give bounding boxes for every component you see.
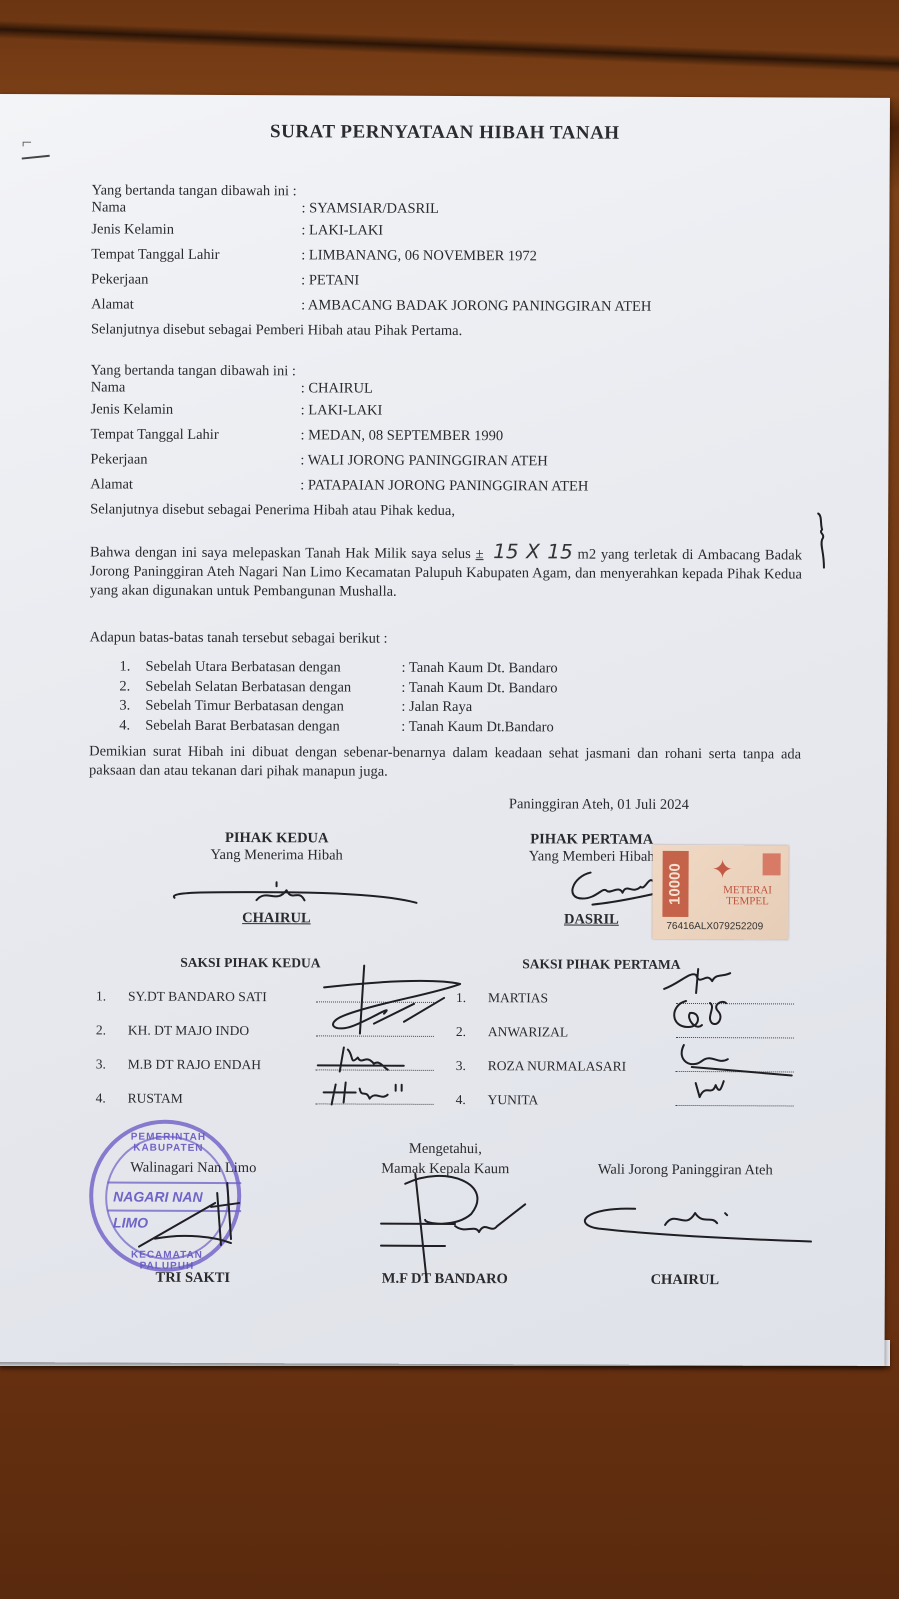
field-row: Tempat Tanggal Lahir: LIMBANANG, 06 NOVE… bbox=[91, 242, 651, 269]
boundary-side: Sebelah Barat Berbatasan dengan bbox=[145, 716, 401, 737]
boundary-item: 1.Sebelah Utara Berbatasan dengan: Tanah… bbox=[119, 658, 557, 679]
document-title: SURAT PERNYATAAN HIBAH TANAH bbox=[0, 120, 890, 146]
field-value: : LAKI-LAKI bbox=[301, 398, 383, 423]
official-title: Wali Jorong Paninggiran Ateh bbox=[570, 1161, 800, 1179]
field-value: : WALI JORONG PANINGGIRAN ATEH bbox=[300, 448, 547, 474]
mengetahui-label: Mengetahui, bbox=[355, 1141, 535, 1159]
unit-text: m2 bbox=[573, 547, 596, 563]
mf-dt-bandaro-signature bbox=[375, 1164, 536, 1295]
field-value: : MEDAN, 08 SEPTEMBER 1990 bbox=[300, 423, 503, 449]
boundary-value: : Jalan Raya bbox=[401, 698, 472, 718]
signatory-name: CHAIRUL bbox=[176, 910, 376, 928]
margin-initial-signature bbox=[814, 512, 834, 572]
signatory-desc: Yang Memberi Hibah bbox=[512, 848, 672, 866]
item-number: 3. bbox=[119, 697, 145, 717]
item-number: 1. bbox=[96, 988, 128, 1004]
witness-name: ROZA NURMALASARI bbox=[488, 1058, 676, 1075]
meterai-value: 10000 bbox=[662, 851, 688, 917]
place-date: Paninggiran Ateh, 01 Juli 2024 bbox=[509, 796, 689, 814]
field-value: : LIMBANANG, 06 NOVEMBER 1972 bbox=[301, 243, 537, 269]
field-row: Pekerjaan: PETANI bbox=[91, 267, 651, 294]
witness-name: YUNITA bbox=[488, 1092, 676, 1109]
table-wood-seam bbox=[0, 20, 899, 74]
item-number: 4. bbox=[119, 716, 145, 736]
boundary-side: Sebelah Utara Berbatasan dengan bbox=[145, 658, 401, 679]
field-label: Pekerjaan bbox=[91, 267, 301, 293]
witness-pertama-2-signature bbox=[666, 997, 736, 1037]
item-number: 2. bbox=[96, 1022, 128, 1038]
meterai-serial: 76416ALX079252209 bbox=[666, 921, 763, 932]
field-label: Alamat bbox=[91, 292, 301, 318]
chairul-signature bbox=[166, 880, 426, 911]
field-value: : AMBACANG BADAK JORONG PANINGGIRAN ATEH bbox=[301, 293, 651, 320]
tri-sakti-signature bbox=[135, 1163, 245, 1253]
field-row: Alamat: AMBACANG BADAK JORONG PANINGGIRA… bbox=[91, 292, 651, 319]
plusminus-sign: ± bbox=[476, 546, 484, 562]
meterai-label: METERAITEMPEL bbox=[712, 885, 782, 907]
saksi-pertama-row: 2.ANWARIZAL bbox=[456, 1024, 794, 1041]
field-row: Alamat: PATAPAIAN JORONG PANINGGIRAN ATE… bbox=[90, 472, 588, 499]
pihak-pertama-identity: Yang bertanda tangan dibawah ini : Nama:… bbox=[91, 182, 652, 344]
field-value: : LAKI-LAKI bbox=[301, 218, 383, 243]
witness-name: KH. DT MAJO INDO bbox=[128, 1023, 316, 1040]
field-row: Pekerjaan: WALI JORONG PANINGGIRAN ATEH bbox=[90, 447, 588, 474]
boundary-value: : Tanah Kaum Dt. Bandaro bbox=[401, 659, 557, 679]
boundary-item: 2.Sebelah Selatan Berbatasan dengan: Tan… bbox=[119, 677, 557, 698]
item-number: 4. bbox=[456, 1092, 488, 1108]
witness-name: M.B DT RAJO ENDAH bbox=[128, 1057, 316, 1074]
margin-pen-stroke bbox=[22, 155, 50, 160]
closing-statement: Demikian surat Hibah ini dibuat dengan s… bbox=[89, 742, 801, 783]
boundaries-intro: Adapun batas-batas tanah tersebut sebaga… bbox=[90, 628, 802, 650]
field-row: Nama: CHAIRUL bbox=[91, 378, 589, 399]
field-label: Tempat Tanggal Lahir bbox=[91, 242, 301, 268]
field-label: Jenis Kelamin bbox=[91, 397, 301, 423]
witness-name: MARTIAS bbox=[488, 990, 676, 1007]
official-name: CHAIRUL bbox=[570, 1271, 800, 1289]
field-row: Jenis Kelamin: LAKI-LAKI bbox=[91, 397, 589, 424]
statement-text: Bahwa dengan ini saya melepaskan Tanah H… bbox=[90, 544, 476, 562]
witness-kedua-1-2-signature bbox=[314, 963, 464, 1044]
pihak-kedua-identity: Yang bertanda tangan dibawah ini : Nama:… bbox=[90, 362, 589, 524]
item-number: 2. bbox=[119, 677, 145, 697]
boundary-item: 4.Sebelah Barat Berbatasan dengan: Tanah… bbox=[119, 716, 557, 737]
official-name: TRI SAKTI bbox=[93, 1269, 293, 1287]
witness-pertama-1-signature bbox=[660, 967, 750, 995]
signatory-pihak-kedua: PIHAK KEDUA Yang Menerima Hibah CHAIRUL bbox=[176, 830, 376, 928]
witness-name: SY.DT BANDARO SATI bbox=[128, 989, 316, 1006]
closing-text: Selanjutnya disebut sebagai Pemberi Hiba… bbox=[91, 317, 651, 344]
field-label: Jenis Kelamin bbox=[91, 217, 301, 243]
field-value: : PETANI bbox=[301, 268, 359, 293]
saksi-pertama-heading: SAKSI PIHAK PERTAMA bbox=[522, 956, 680, 973]
chairul-official-signature bbox=[575, 1205, 815, 1246]
signatory-role: PIHAK PERTAMA bbox=[512, 831, 672, 849]
signatory-name: DASRIL bbox=[511, 911, 671, 929]
closing-text: Selanjutnya disebut sebagai Penerima Hib… bbox=[90, 497, 588, 524]
meterai-flag-icon bbox=[763, 853, 781, 875]
field-row: Tempat Tanggal Lahir: MEDAN, 08 SEPTEMBE… bbox=[90, 422, 588, 449]
meterai-stamp: 10000 ✦ METERAITEMPEL 76416ALX079252209 bbox=[652, 845, 788, 940]
field-row: Nama: SYAMSIAR/DASRIL bbox=[91, 198, 651, 219]
stamp-ring-top-text: PEMERINTAH KABUPATEN bbox=[113, 1132, 223, 1154]
garuda-emblem-icon: ✦ bbox=[709, 855, 737, 885]
witness-name: ANWARIZAL bbox=[488, 1024, 676, 1041]
meterai-label-line: TEMPEL bbox=[712, 896, 782, 907]
field-value: : PATAPAIAN JORONG PANINGGIRAN ATEH bbox=[300, 473, 588, 499]
boundary-value: : Tanah Kaum Dt. Bandaro bbox=[401, 678, 557, 698]
boundary-value: : Tanah Kaum Dt.Bandaro bbox=[401, 717, 554, 737]
document-page: ⌐ SURAT PERNYATAAN HIBAH TANAH Yang bert… bbox=[0, 94, 890, 1366]
field-label: Alamat bbox=[90, 472, 300, 498]
saksi-kedua-heading: SAKSI PIHAK KEDUA bbox=[180, 955, 320, 972]
field-label: Pekerjaan bbox=[90, 447, 300, 473]
witness-kedua-4-signature bbox=[316, 1080, 426, 1106]
signatory-role: PIHAK KEDUA bbox=[177, 830, 377, 848]
item-number: 1. bbox=[119, 658, 145, 678]
witness-pertama-3-4-signature bbox=[672, 1041, 802, 1102]
field-row: Jenis Kelamin: LAKI-LAKI bbox=[91, 217, 651, 244]
boundary-side: Sebelah Timur Berbatasan dengan bbox=[145, 697, 401, 718]
boundary-side: Sebelah Selatan Berbatasan dengan bbox=[145, 677, 401, 698]
grant-statement: Bahwa dengan ini saya melepaskan Tanah H… bbox=[90, 540, 802, 603]
field-label: Tempat Tanggal Lahir bbox=[90, 422, 300, 448]
signatory-desc: Yang Menerima Hibah bbox=[177, 847, 377, 865]
item-number: 3. bbox=[96, 1056, 128, 1072]
witness-kedua-3-signature bbox=[314, 1045, 414, 1075]
handwritten-land-size: 15 X 15 bbox=[493, 539, 573, 563]
item-number: 3. bbox=[456, 1058, 488, 1074]
item-number: 4. bbox=[96, 1090, 128, 1106]
boundaries-list: 1.Sebelah Utara Berbatasan dengan: Tanah… bbox=[119, 658, 558, 738]
witness-name: RUSTAM bbox=[128, 1091, 316, 1108]
boundary-item: 3.Sebelah Timur Berbatasan dengan: Jalan… bbox=[119, 697, 557, 718]
